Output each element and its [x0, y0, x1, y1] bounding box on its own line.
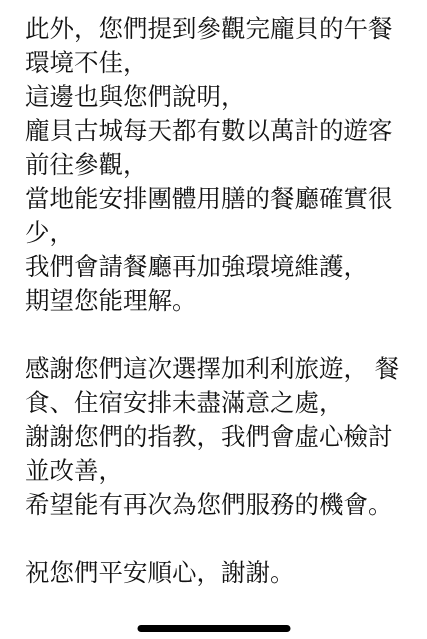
- message-line-spacer: [25, 523, 405, 557]
- message-line: 謝謝您們的指教，我們會虛心檢討: [25, 421, 405, 455]
- message-line: 龐貝古城每天都有數以萬計的遊客: [25, 115, 405, 149]
- message-line: 祝您們平安順心，謝謝。: [25, 557, 405, 591]
- message-screen: 此外，您們提到參觀完龐貝的午餐 環境不佳， 這邊也與您們說明， 龐貝古城每天都有…: [0, 0, 427, 639]
- message-line: 期望您能理解。: [25, 285, 405, 319]
- message-line: 此外，您們提到參觀完龐貝的午餐: [25, 13, 405, 47]
- message-line-spacer: [25, 319, 405, 353]
- message-line: 前往參觀，: [25, 149, 405, 183]
- message-line: 當地能安排團體用膳的餐廳確實很: [25, 183, 405, 217]
- home-indicator[interactable]: [137, 625, 290, 632]
- message-line: 希望能有再次為您們服務的機會。: [25, 489, 405, 523]
- message-line: 我們會請餐廳再加強環境維護，: [25, 251, 405, 285]
- message-body: 此外，您們提到參觀完龐貝的午餐 環境不佳， 這邊也與您們說明， 龐貝古城每天都有…: [0, 0, 427, 591]
- message-line: 感謝您們這次選擇加利利旅遊， 餐: [25, 353, 405, 387]
- message-line: 這邊也與您們說明，: [25, 81, 405, 115]
- message-line: 並改善，: [25, 455, 405, 489]
- message-line: 少，: [25, 217, 405, 251]
- message-line: 環境不佳，: [25, 47, 405, 81]
- message-line: 食、住宿安排未盡滿意之處，: [25, 387, 405, 421]
